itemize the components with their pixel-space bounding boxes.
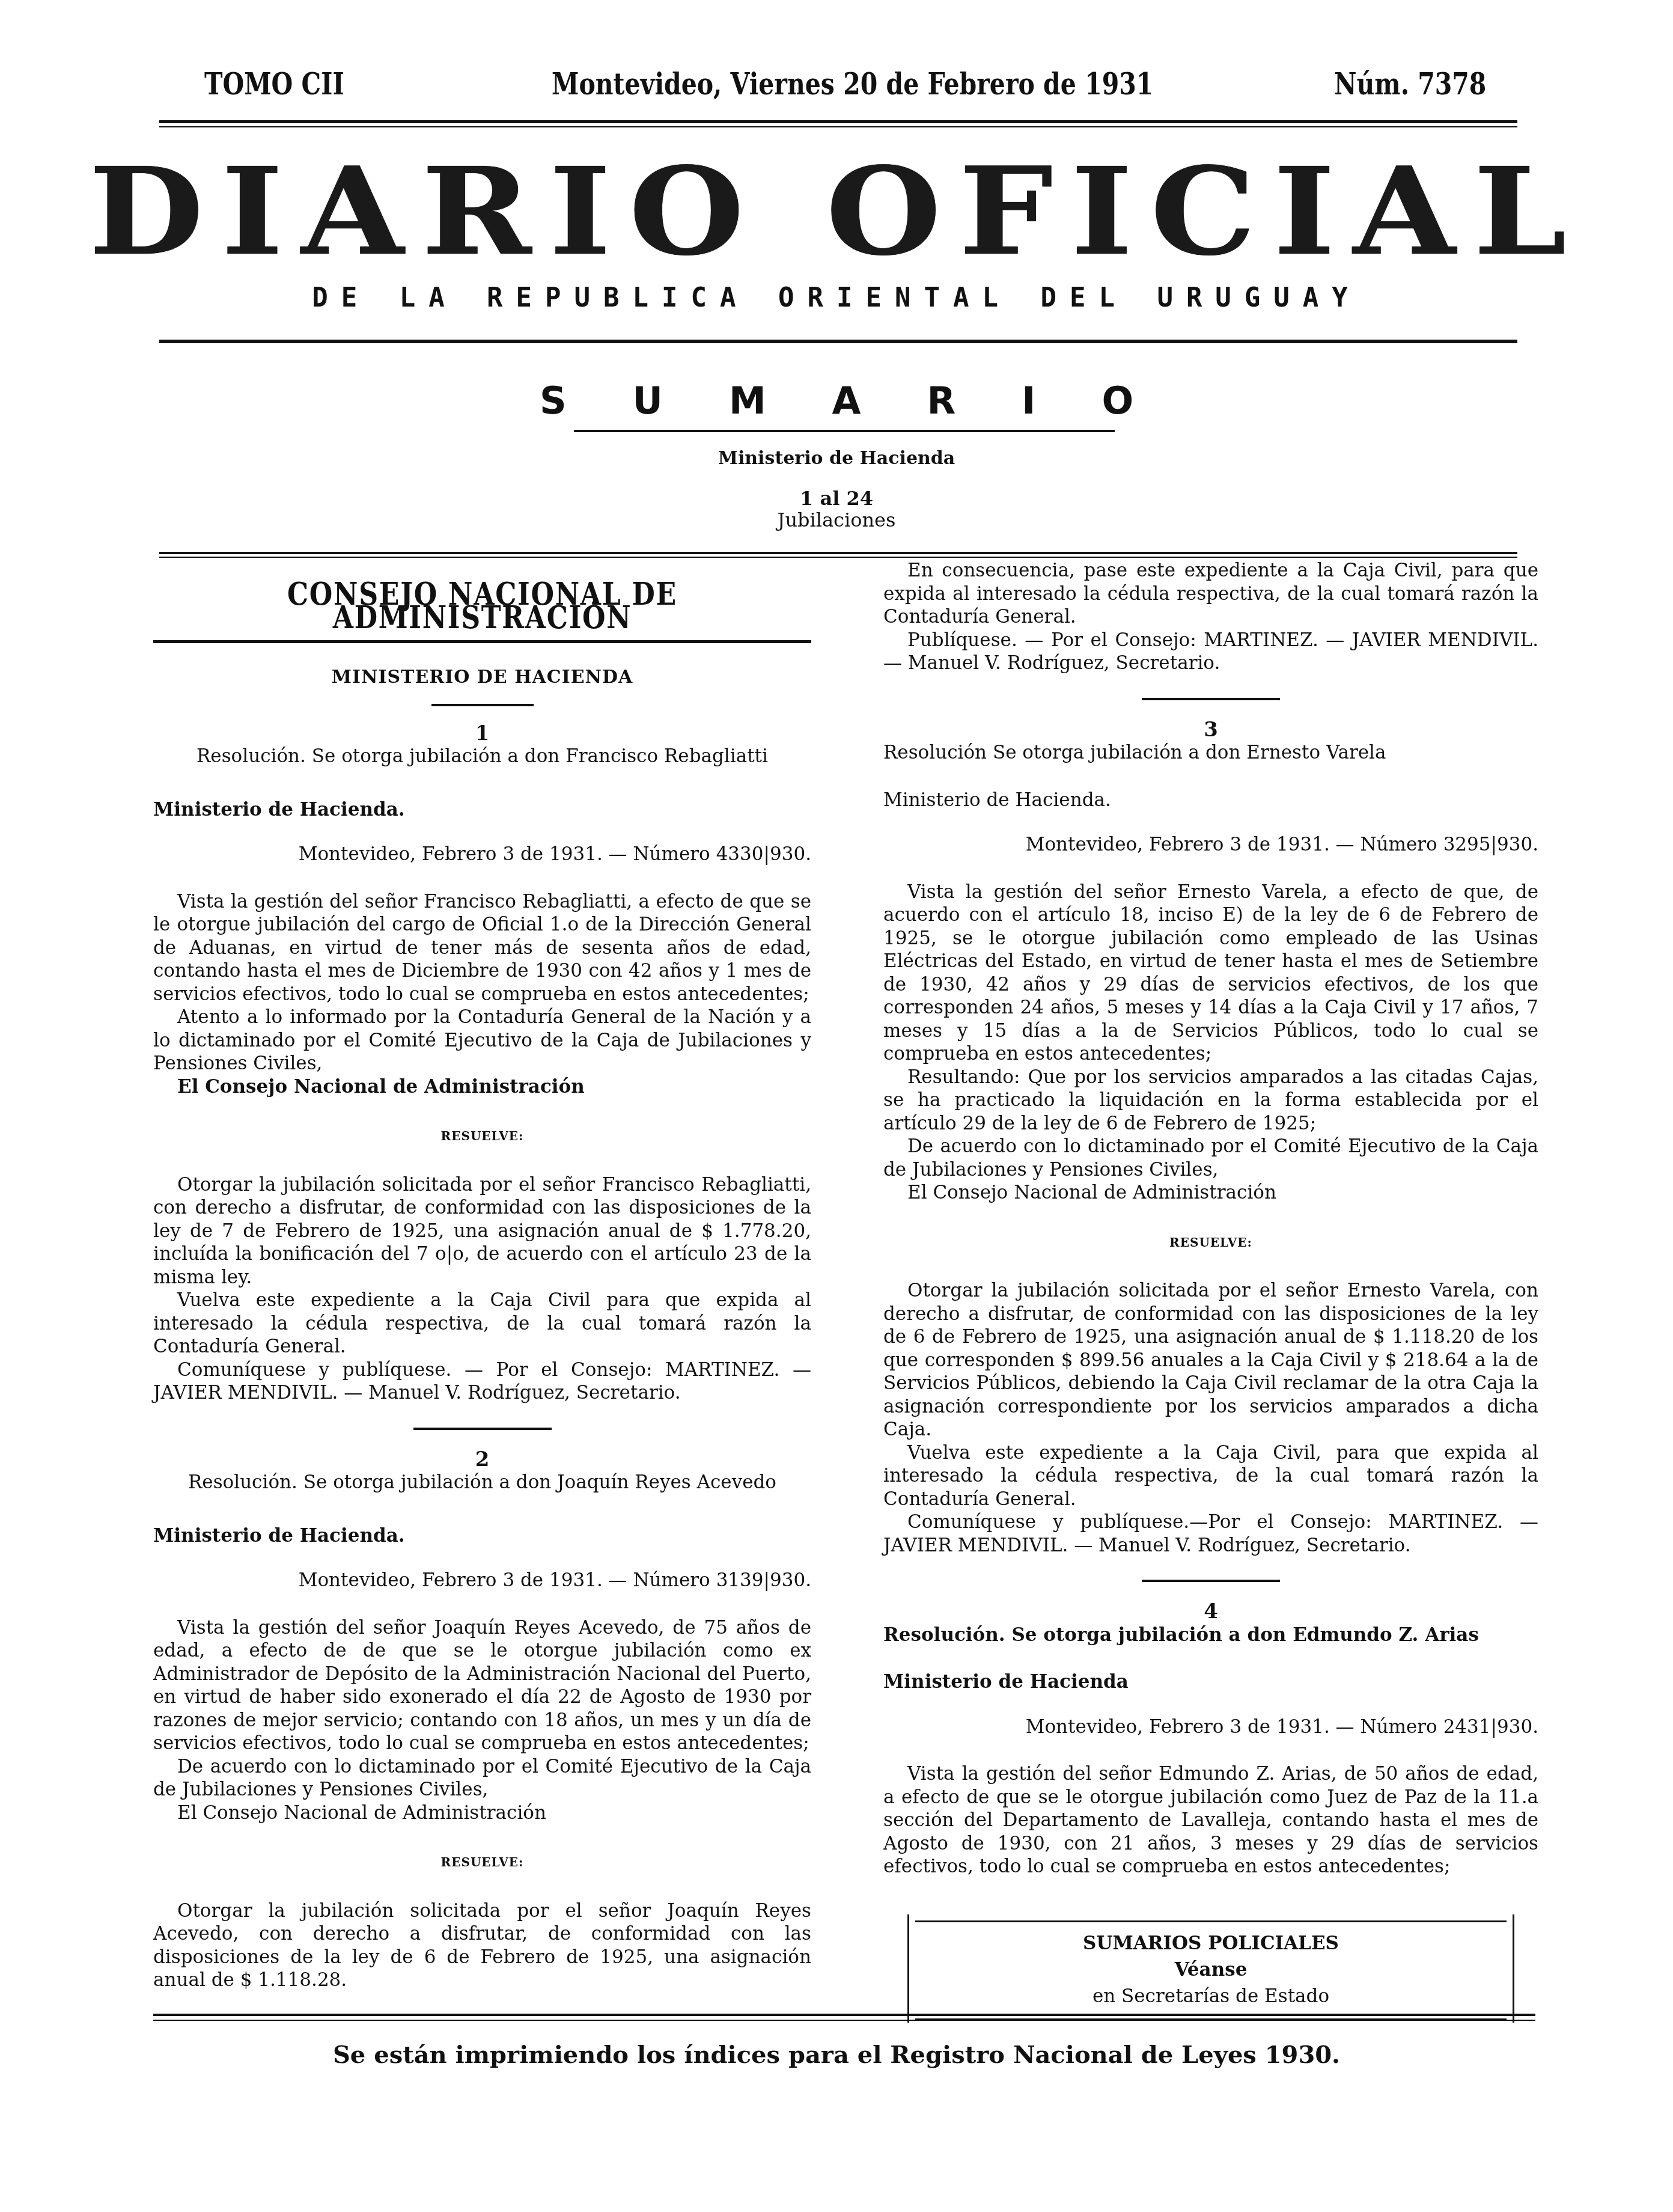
summary-range: 1 al 24 (0, 487, 1673, 510)
resolution-3: 3 Resolución Se otorga jubilación a don … (883, 718, 1538, 1557)
resolution-1: 1 Resolución. Se otorga jubilación a don… (153, 722, 811, 1405)
resolution-number: 3 (883, 718, 1538, 742)
masthead-rule-top-thin (159, 126, 1517, 127)
newspaper-subtitle: DE LA REPUBLICA ORIENTAL DEL URUGUAY (0, 283, 1673, 313)
resolution-paragraph: En consecuencia, pase este expediente a … (883, 559, 1538, 629)
resolution-dateline: Montevideo, Febrero 3 de 1931. — Número … (883, 833, 1538, 857)
council-rule (153, 640, 811, 643)
consideration-paragraph: De acuerdo con lo dictaminado por el Com… (153, 1755, 811, 1801)
resolution-number: 2 (153, 1448, 811, 1471)
masthead-topline: TOMO CII Montevideo, Viernes 20 de Febre… (0, 66, 1673, 102)
consideration-paragraph: De acuerdo con lo dictaminado por el Com… (883, 1135, 1538, 1181)
section-divider (431, 704, 534, 706)
masthead-rule-top (159, 120, 1517, 123)
resolution-title: Resolución Se otorga jubilación a don Er… (883, 741, 1538, 765)
resolution-authority: El Consejo Nacional de Administración (883, 1181, 1538, 1205)
left-column: CONSEJO NACIONAL DE ADMINISTRACIÓN MINIS… (153, 559, 811, 1992)
resolution-divider (413, 1428, 552, 1430)
resolution-2: 2 Resolución. Se otorga jubilación a don… (153, 1448, 811, 1992)
resolution-divider (1142, 698, 1280, 700)
issue-number: Núm. 7378 (1334, 66, 1486, 102)
ministry-heading: MINISTERIO DE HACIENDA (153, 666, 811, 689)
footer-rule (153, 2014, 1535, 2016)
resolution-ministry: Ministerio de Hacienda (883, 1670, 1538, 1694)
consideration-paragraph: Resultando: Que por los servicios ampara… (883, 1066, 1538, 1135)
notice-line-where: en Secretarías de Estado (909, 1983, 1513, 2009)
summary-topic: Jubilaciones (0, 509, 1673, 531)
consideration-paragraph: Vista la gestión del señor Edmundo Z. Ar… (883, 1762, 1538, 1878)
resolution-paragraph: Vuelva este expediente a la Caja Civil, … (883, 1441, 1538, 1511)
resolution-authority: El Consejo Nacional de Administración (153, 1801, 811, 1825)
masthead: DIARIO OFICIAL (0, 149, 1673, 275)
resolution-2-continued: En consecuencia, pase este expediente a … (883, 559, 1538, 675)
resuelve-label: RESUELVE: (883, 1231, 1538, 1254)
resolution-ministry: Ministerio de Hacienda. (883, 789, 1538, 812)
resolution-paragraph: Otorgar la jubilación solicitada por el … (153, 1173, 811, 1289)
resolution-dateline: Montevideo, Febrero 3 de 1931. — Número … (153, 1569, 811, 1592)
resolution-title: Resolución. Se otorga jubilación a don J… (153, 1471, 811, 1494)
resolution-divider (1142, 1580, 1280, 1582)
issue-date: Montevideo, Viernes 20 de Febrero de 193… (552, 66, 1153, 102)
resolution-title: Resolución. Se otorga jubilación a don E… (883, 1624, 1538, 1647)
resolution-authority: El Consejo Nacional de Administración (153, 1075, 811, 1099)
consideration-paragraph: Vista la gestión del señor Francisco Reb… (153, 890, 811, 1006)
volume-label: TOMO CII (204, 66, 344, 102)
notice-line-heading: SUMARIOS POLICIALES (909, 1930, 1513, 1957)
consideration-paragraph: Vista la gestión del señor Joaquín Reyes… (153, 1616, 811, 1755)
resolution-signoff: Publíquese. — Por el Consejo: MARTINEZ. … (883, 629, 1538, 675)
council-heading: CONSEJO NACIONAL DE ADMINISTRACIÓN (203, 583, 762, 629)
summary-ministry: Ministerio de Hacienda (0, 448, 1673, 469)
resuelve-label: RESUELVE: (153, 1851, 811, 1874)
summary-rule-bottom-thin (159, 557, 1517, 558)
resolution-signoff: Comuníquese y publíquese. — Por el Conse… (153, 1358, 811, 1405)
right-column: En consecuencia, pase este expediente a … (883, 559, 1538, 2023)
footer-rule-thin (153, 2020, 1535, 2021)
resolution-paragraph: Otorgar la jubilación solicitada por el … (153, 1899, 811, 1992)
resolution-signoff: Comuníquese y publíquese.—Por el Consejo… (883, 1511, 1538, 1557)
resolution-4: 4 Resolución. Se otorga jubilación a don… (883, 1600, 1538, 1878)
resolution-dateline: Montevideo, Febrero 3 de 1931. — Número … (883, 1716, 1538, 1739)
resolution-ministry: Ministerio de Hacienda. (153, 1524, 811, 1548)
notice-line-see: Véanse (909, 1957, 1513, 1983)
resolution-number: 1 (153, 722, 811, 745)
resolution-dateline: Montevideo, Febrero 3 de 1931. — Número … (153, 843, 811, 866)
footer-notice: Se están imprimiendo los índices para el… (0, 2041, 1673, 2069)
consideration-paragraph: Vista la gestión del señor Ernesto Varel… (883, 881, 1538, 1066)
resolution-paragraph: Otorgar la jubilación solicitada por el … (883, 1279, 1538, 1441)
resuelve-label: RESUELVE: (153, 1125, 811, 1148)
summary-rule (574, 430, 1115, 432)
summary-heading: SUMARIO (0, 379, 1673, 423)
notice-box: SUMARIOS POLICIALES Véanse en Secretaría… (907, 1914, 1514, 2023)
resolution-number: 4 (883, 1600, 1538, 1624)
consideration-paragraph: Atento a lo informado por la Contaduría … (153, 1006, 811, 1075)
resolution-ministry: Ministerio de Hacienda. (153, 798, 811, 822)
newspaper-title: DIARIO OFICIAL (89, 152, 1585, 272)
resolution-title: Resolución. Se otorga jubilación a don F… (153, 745, 811, 768)
resolution-paragraph: Vuelva este expediente a la Caja Civil p… (153, 1289, 811, 1358)
masthead-rule-bottom (159, 340, 1517, 343)
summary-rule-bottom (159, 552, 1517, 554)
